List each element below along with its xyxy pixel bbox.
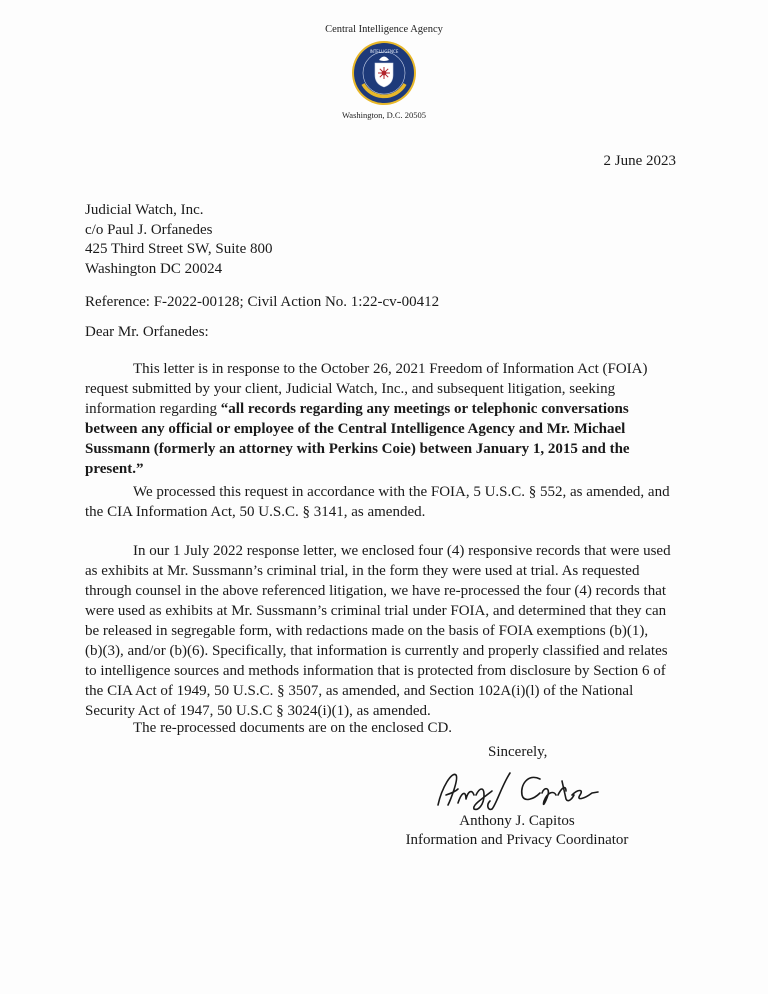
- recipient-line: c/o Paul J. Orfanedes: [85, 221, 685, 241]
- request-quote: Sussmann (formerly an attorney with Perk…: [85, 439, 685, 459]
- paragraph-line: We processed this request in accordance …: [85, 482, 685, 502]
- paragraph-line: The re-processed documents are on the en…: [85, 718, 685, 738]
- letter-page: Central Intelligence Agency INTELLIGENCE…: [0, 0, 768, 994]
- paragraph-enclosure: The re-processed documents are on the en…: [85, 718, 685, 738]
- request-quote: between any official or employee of the …: [85, 419, 685, 439]
- recipient-line: Washington DC 20024: [85, 260, 685, 280]
- valediction: Sincerely,: [488, 743, 547, 762]
- letterhead: Central Intelligence Agency INTELLIGENCE…: [284, 24, 484, 120]
- recipient-line: 425 Third Street SW, Suite 800: [85, 240, 685, 260]
- paragraph-line: information regarding “all records regar…: [85, 399, 685, 419]
- agency-address: Washington, D.C. 20505: [284, 110, 484, 120]
- paragraph-line: the CIA Act of 1949, 50 U.S.C. § 3507, a…: [85, 681, 685, 701]
- paragraph-request: This letter is in response to the Octobe…: [85, 359, 685, 479]
- svg-text:INTELLIGENCE: INTELLIGENCE: [370, 49, 399, 54]
- paragraph-line: (b)(3), and/or (b)(6). Specifically, tha…: [85, 641, 685, 661]
- request-quote: present.”: [85, 459, 685, 479]
- paragraph-line: as exhibits at Mr. Sussmann’s criminal t…: [85, 561, 685, 581]
- paragraph-line: request submitted by your client, Judici…: [85, 379, 685, 399]
- signer-name: Anthony J. Capitos: [400, 812, 634, 831]
- salutation: Dear Mr. Orfanedes:: [85, 322, 685, 342]
- paragraph-line: to intelligence sources and methods info…: [85, 661, 685, 681]
- paragraph-line: were used as exhibits at Mr. Sussmann’s …: [85, 601, 685, 621]
- paragraph-line: In our 1 July 2022 response letter, we e…: [85, 541, 685, 561]
- reference-line: Reference: F-2022-00128; Civil Action No…: [85, 292, 685, 312]
- paragraph-line: the CIA Information Act, 50 U.S.C. § 314…: [85, 502, 685, 522]
- signer-title: Information and Privacy Coordinator: [400, 831, 634, 850]
- agency-name: Central Intelligence Agency: [284, 24, 484, 36]
- request-quote: “all records regarding any meetings or t…: [221, 401, 629, 417]
- handwritten-signature-icon: [432, 765, 602, 813]
- line-text: information regarding: [85, 401, 221, 417]
- paragraph-processing: We processed this request in accordance …: [85, 482, 685, 522]
- recipient-line: Judicial Watch, Inc.: [85, 201, 685, 221]
- paragraph-line: through counsel in the above referenced …: [85, 581, 685, 601]
- cia-seal-icon: INTELLIGENCE: [351, 40, 417, 106]
- paragraph-line: be released in segregable form, with red…: [85, 621, 685, 641]
- paragraph-line: This letter is in response to the Octobe…: [85, 359, 685, 379]
- paragraph-reprocessing: In our 1 July 2022 response letter, we e…: [85, 541, 685, 721]
- recipient-address: Judicial Watch, Inc. c/o Paul J. Orfaned…: [85, 201, 685, 279]
- letter-date: 2 June 2023: [604, 152, 677, 170]
